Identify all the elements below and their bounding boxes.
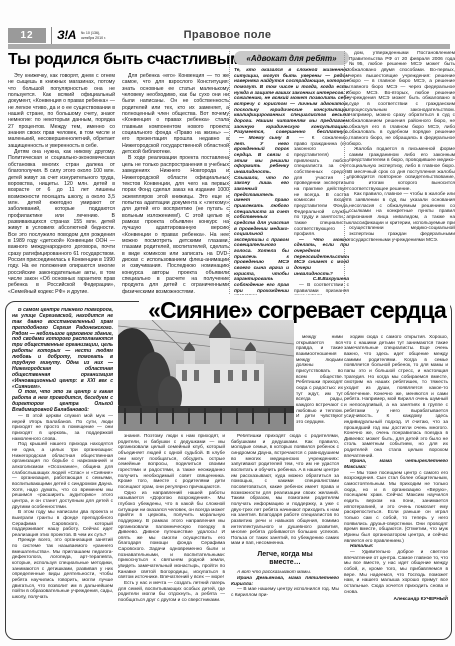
paragraph: В ходе реализации проекта поставлена цел…	[122, 155, 229, 295]
mom-quote: ходим сюда с самого открытия. Хорошо, чт…	[344, 335, 448, 459]
paragraph: Эту книжечку, как говорят, днем с огнем …	[8, 73, 115, 149]
feature-lead: В самом центре Нижнего Новгорода, на ули…	[12, 308, 113, 414]
qa-continuation-column: дом, утвержденными Постановлением Правит…	[344, 51, 455, 306]
lawyer-answer-continued: дом, утвержденными Постановлением Правит…	[349, 51, 455, 147]
interviewee-name: Ирина Демьянова, мама пятилетнего Кирилл…	[231, 576, 339, 587]
article-convention: Ты родился быть счастливым Эту книжечку,…	[8, 51, 229, 301]
article-columns: Эту книжечку, как говорят, днем с огнем …	[8, 73, 229, 301]
article-headline: Ты родился быть счастливым	[8, 51, 229, 69]
interview-paragraph: Прежде всего, это организация занятий по…	[12, 538, 113, 600]
qa-box: «Адвокат для ребят» Те, кто оказался в с…	[229, 51, 349, 306]
qa-intro: Те, кто оказался в сложной жизненной сит…	[234, 68, 349, 134]
author-signature: Александр КУЧЕРНЫЙ	[344, 597, 448, 603]
feature-column-1: В самом центре Нижнего Новгорода, на ули…	[12, 308, 113, 631]
feature-column-3: Ребятишки приходят сюда с родителями, ба…	[231, 434, 339, 630]
feature-subheadline: Легче, когда мы вместе…	[250, 551, 320, 567]
paragraph: Детям она нужна, как никому другому. Пол…	[8, 149, 115, 295]
interview-paragraph: Ребятишки приходят сюда с родителями, ба…	[231, 434, 339, 547]
header-bar	[8, 44, 450, 49]
interviewee-name: Ирина, мама четырехлетнего Максима:	[344, 459, 448, 470]
interview-paragraph: между ними открывается вся правда, и так…	[296, 335, 343, 426]
issue-date: октября 2010 г.	[81, 36, 106, 41]
lead-paragraph: В самом центре Нижнего Новгорода, на ули…	[12, 308, 113, 390]
paragraph: Для ребенка «его» Конвенция — то же само…	[122, 73, 229, 155]
interview-paragraph: Есть у нас и мечта — создать летний лаге…	[118, 581, 225, 604]
interview-paragraph: В этом году мы написали два проекта и вы…	[12, 510, 113, 538]
lawyer-answer-continued: Жалоба подается в письменной форме самим…	[349, 147, 455, 192]
newspaper-page: 12 З!А № 10 (136), октября 2010 г. Право…	[0, 0, 455, 646]
issue-info: № 10 (136), октября 2010 г.	[81, 31, 106, 41]
lawyer-answer-continued: Как правило, главное — чтобы в жалобе ил…	[349, 192, 455, 243]
newspaper-logo: З!А	[57, 28, 76, 42]
lead-paragraph: О том, что это за центр и какая работа в…	[12, 390, 113, 414]
reader-question: — Что можно сделать, если при очередном …	[294, 238, 349, 278]
mom-quote: — Удивительно доброе и светлое впечатлен…	[344, 550, 448, 595]
feature-box: «Сияние» согревает сердца В самом центре…	[5, 301, 452, 640]
church-photo	[118, 320, 294, 431]
feature-column-4: ходим сюда с самого открытия. Хорошо, чт…	[344, 335, 448, 632]
interview-paragraph: знания. Поэтому люди к нам приходят, и р…	[118, 434, 225, 491]
reader-question: — Моему сыну 5 лет. У него врожденный по…	[234, 136, 289, 300]
interview-paragraph: Одно из направлений нашей работы называе…	[118, 491, 225, 582]
feature-column-3-narrow: между ними открывается вся правда, и так…	[296, 335, 343, 431]
interview-paragraph: Под крышей нашего прихода находятся не о…	[12, 442, 113, 510]
mom-quote: — Мы тоже посещаем центр с самого его во…	[344, 471, 448, 545]
lawyer-answer: — К сожалению, право гражданина (его зак…	[294, 136, 349, 238]
page-number: 12	[8, 28, 46, 43]
interview-paragraph: — В этой церкви служил мой муж — иерей И…	[12, 414, 113, 442]
qa-columns: — Моему сыну 5 лет. У него врожденный по…	[234, 136, 349, 312]
qa-box-title: «Адвокат для ребят»	[234, 51, 349, 65]
feature-column-2: знания. Поэтому люди к нам приходят, и р…	[118, 434, 225, 630]
header-divider	[51, 27, 52, 44]
church-photo-image	[118, 320, 294, 431]
mom-quote: — В мае нашему центру исполнился год. Мы…	[231, 587, 339, 598]
